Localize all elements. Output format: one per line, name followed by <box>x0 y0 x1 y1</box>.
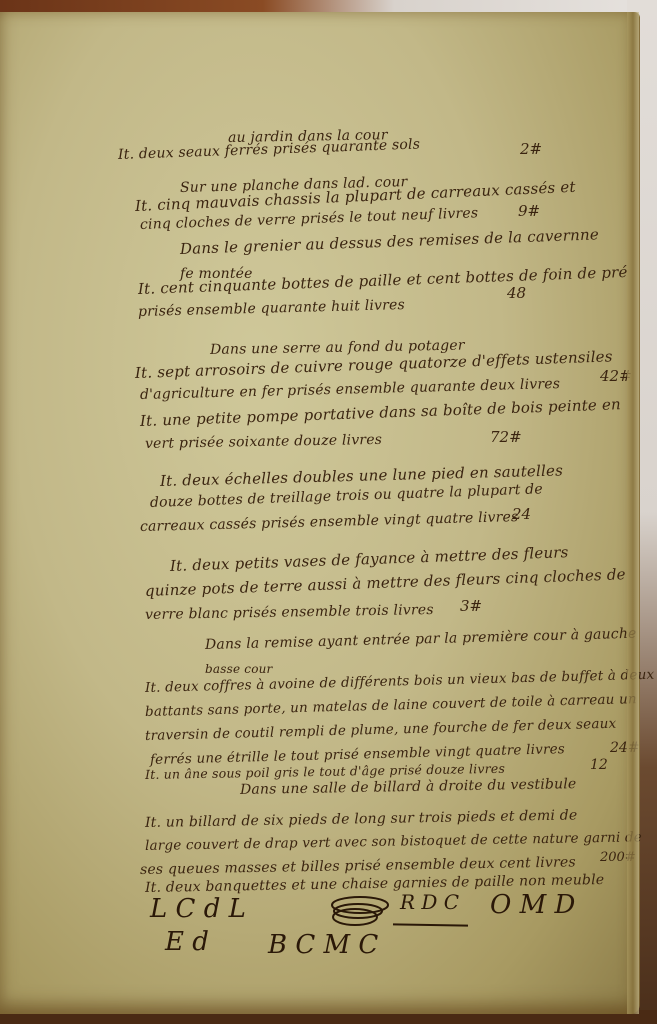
text-line: carreaux cassés prisés ensemble vingt qu… <box>140 509 519 535</box>
text-line: large couvert de drap vert avec son bist… <box>145 829 642 854</box>
amount: 24 <box>512 505 531 523</box>
amount: 72# <box>490 428 522 446</box>
text-line: battants sans porte, un matelas de laine… <box>145 691 637 720</box>
text-line: basse cour <box>205 662 272 676</box>
signature: O M D <box>490 890 575 920</box>
amount: 3# <box>460 597 482 615</box>
manuscript-page: au jardin dans la cour It. deux seaux fe… <box>0 12 640 1014</box>
signature: R D C <box>400 890 459 914</box>
signature: E d <box>165 927 209 957</box>
text-line: traversin de coutil rempli de plume, une… <box>145 716 617 744</box>
amount: 9# <box>518 202 540 220</box>
page-edge <box>627 12 639 1014</box>
amount: 12 <box>590 757 608 773</box>
signature: L C d L <box>150 894 246 924</box>
text-line: prisés ensemble quarante huit livres <box>138 297 405 320</box>
text-line: vert prisée soixante douze livres <box>145 432 382 452</box>
text-line: Dans la remise ayant entrée par la premi… <box>205 626 637 653</box>
text-line: verre blanc prisés ensemble trois livres <box>145 602 434 623</box>
amount: 48 <box>507 284 526 302</box>
manuscript-text: au jardin dans la cour It. deux seaux fe… <box>0 12 640 1014</box>
text-line: It. un billard de six pieds de long sur … <box>145 807 578 831</box>
signature-flourish-icon <box>325 885 405 935</box>
text-line: Dans le grenier au dessus des remises de… <box>180 225 599 258</box>
amount: 2# <box>520 140 542 158</box>
